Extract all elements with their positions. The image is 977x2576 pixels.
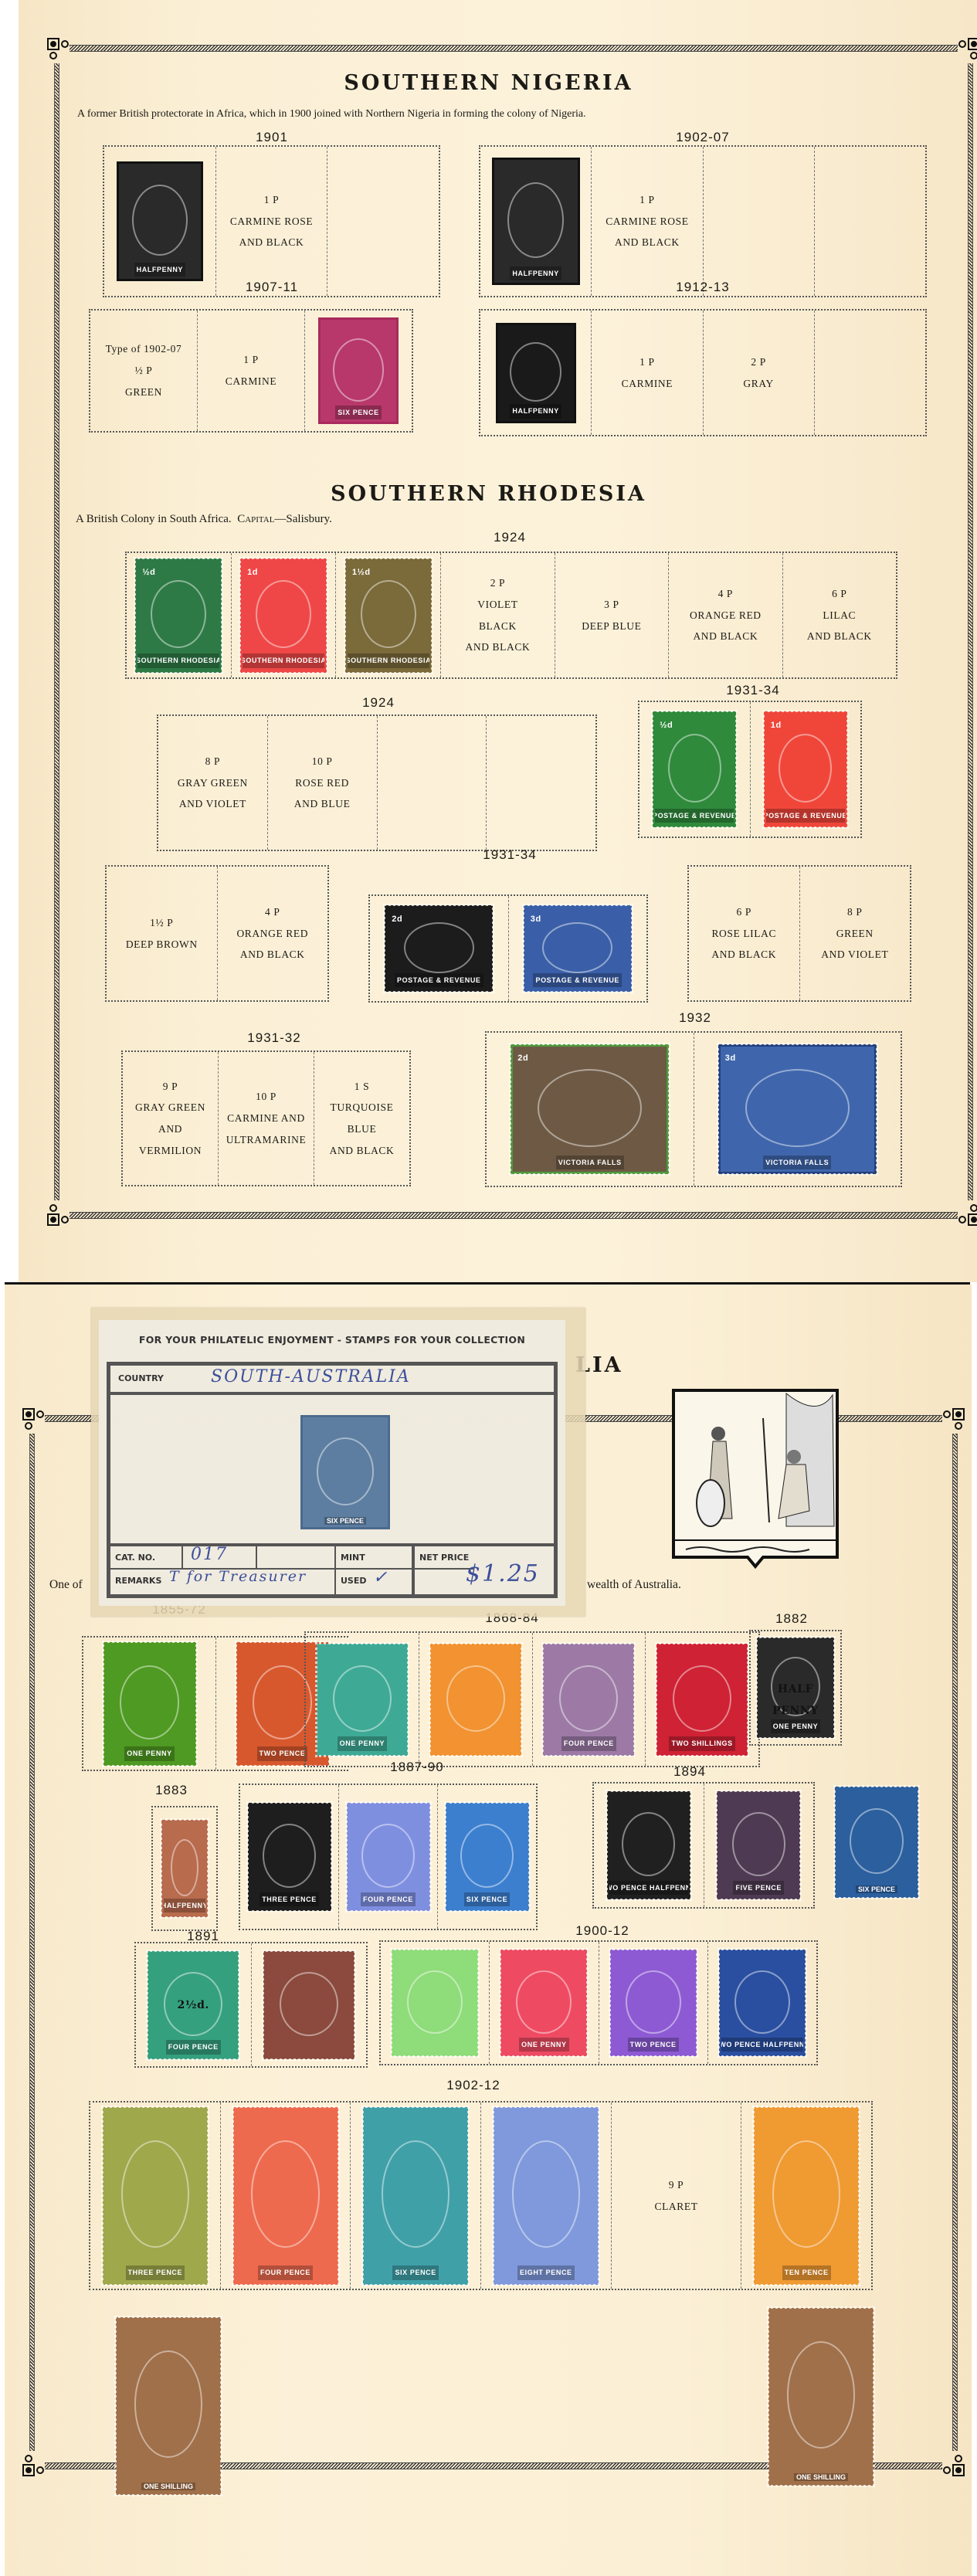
stamp-slot-text: 4 PORANGE REDAND BLACK	[669, 553, 782, 677]
country-value: SOUTH-AUSTRALIA	[211, 1367, 411, 1386]
stamp-set-1907-11: Type of 1902-07½ PGREEN 1 PCARMINE SIX P…	[89, 309, 413, 433]
stamp[interactable]: ½dPOSTAGE & REVENUE	[653, 711, 736, 827]
stamp-slot[interactable]: FOUR PENCE	[339, 1785, 438, 1929]
mint-label: MINT	[341, 1553, 365, 1563]
stamp-slot-empty[interactable]	[815, 147, 925, 296]
stamp-set-1912-13: HALFPENNY 1 PCARMINE 2 PGRAY	[479, 309, 927, 436]
year-label: 1902-12	[419, 2078, 528, 2093]
net-price-value: $1.25	[466, 1560, 540, 1587]
stamp-slot-text: 1½ PDEEP BROWN	[107, 867, 218, 1000]
stamp[interactable]: HALFPENNY	[496, 323, 576, 423]
corner-ornament-icon	[955, 37, 977, 63]
year-label: 1912-13	[649, 280, 757, 295]
stamp[interactable]: ONE SHILLING	[116, 2317, 221, 2495]
stamp-set-1924-a: ½dSOUTHERN RHODESIA1dSOUTHERN RHODESIA1½…	[125, 552, 897, 679]
envelope-details: CAT. NO. 017 MINT REMARKS T for Treasure…	[110, 1543, 554, 1594]
stamp-slot-text: 9 PGRAY GREENANDVERMILION	[123, 1052, 219, 1185]
description-southern-nigeria: A former British protectorate in Africa,…	[77, 108, 586, 120]
stamp[interactable]: ½dSOUTHERN RHODESIA	[135, 558, 222, 673]
stamp-set-1883: HALFPENNY	[151, 1806, 218, 1931]
stamp-slot-text: 6 PLILACAND BLACK	[783, 553, 896, 677]
stamp-set-1901: HALFPENNY 1 PCARMINE ROSEAND BLACK	[103, 145, 440, 297]
net-price-label: NET PRICE	[419, 1553, 469, 1563]
stamp[interactable]: ONE SHILLING	[768, 2308, 874, 2486]
stamp-slot-text: 8 PGRAY GREENAND VIOLET	[158, 716, 268, 850]
stamp-slot-text: Type of 1902-07½ PGREEN	[90, 311, 198, 431]
year-label: 1900-12	[548, 1923, 656, 1939]
stamp-set-1931-34-a: ½dPOSTAGE & REVENUE1dPOSTAGE & REVENUE	[638, 701, 862, 838]
stamp[interactable]	[263, 1951, 355, 2059]
cat-no-value: 017	[191, 1545, 228, 1564]
stamp-set-1931-34-middle: 2dPOSTAGE & REVENUE3dPOSTAGE & REVENUE	[368, 894, 648, 1003]
stamp-slot[interactable]: ONE PENNY	[306, 1633, 419, 1766]
stamp-slot-text: 1 PCARMINE	[198, 311, 305, 431]
description-fragment-left: One of	[49, 1578, 83, 1592]
stamp-slot[interactable]: 1½dSOUTHERN RHODESIA	[336, 553, 441, 677]
stamp-slot[interactable]: 2½d.FOUR PENCE	[136, 1943, 252, 2066]
stamp[interactable]: TEN PENCE	[754, 2107, 859, 2285]
coat-of-arms-illustration	[670, 1387, 840, 1580]
stamp[interactable]: SIX PENCE	[446, 1803, 529, 1911]
stamp-set-1882: HALF PENNYONE PENNY	[749, 1630, 842, 1746]
stamp-slot[interactable]: ONE PENNY	[490, 1942, 599, 2064]
corner-ornament-icon	[46, 37, 73, 63]
stamp-slot-text: 10 PROSE REDAND BLUE	[268, 716, 378, 850]
stamp-slot[interactable]: HALF PENNYONE PENNY	[751, 1631, 840, 1744]
stamp-in-envelope[interactable]: SIX PENCE	[300, 1415, 390, 1529]
stamp[interactable]: SIX PENCE	[835, 1787, 918, 1898]
stamp-slot[interactable]: ONE PENNY	[83, 1638, 216, 1770]
stamp-slot[interactable]: ½dPOSTAGE & REVENUE	[639, 702, 751, 837]
stamp-slot[interactable]: HALFPENNY	[480, 311, 592, 435]
stamp-slot[interactable]: HALFPENNY	[153, 1807, 216, 1929]
stamp[interactable]: THREE PENCE	[103, 2107, 208, 2285]
stamp[interactable]: FIVE PENCE	[717, 1791, 800, 1899]
page-title-southern-nigeria: SOUTHERN NIGERIA	[0, 71, 977, 95]
stamp-set-1868-84: ONE PENNYFOUR PENCETWO SHILLINGS	[304, 1631, 760, 1767]
stamp-set-1931-32: 9 PGRAY GREENANDVERMILION10 PCARMINE AND…	[121, 1050, 411, 1186]
stamp-slot[interactable]: TWO PENCE HALFPENNY	[594, 1784, 704, 1907]
stamp[interactable]	[392, 1950, 478, 2056]
stamp[interactable]: 3dVICTORIA FALLS	[718, 1044, 877, 1174]
stamp[interactable]: SIX PENCE	[318, 317, 399, 424]
country-label: COUNTRY	[118, 1373, 164, 1383]
stamp-slot[interactable]	[252, 1943, 367, 2066]
stamp[interactable]: TWO PENCE	[610, 1950, 697, 2056]
stamp[interactable]: ONE PENNY	[103, 1642, 196, 1766]
year-label: 1932	[641, 1010, 749, 1026]
stamp[interactable]: HALFPENNY	[117, 161, 203, 281]
stamp-slot-text: 10 PCARMINE ANDULTRAMARINE	[219, 1052, 314, 1185]
stamp-set-1887-90: THREE PENCEFOUR PENCESIX PENCE	[239, 1784, 538, 1930]
year-label: 1924	[324, 695, 433, 711]
stamp-slot[interactable]: 3dPOSTAGE & REVENUE	[509, 896, 647, 1001]
year-label: 1901	[218, 130, 326, 145]
stamp-set-1932: 2dVICTORIA FALLS3dVICTORIA FALLS	[485, 1031, 902, 1187]
stamp-slot[interactable]: 2dVICTORIA FALLS	[487, 1033, 694, 1186]
description-southern-rhodesia: A British Colony in South Africa. Capita…	[76, 513, 332, 526]
stamp-slot[interactable]: SIX PENCE	[438, 1785, 536, 1929]
corner-ornament-icon	[939, 1407, 965, 1434]
stamp[interactable]: 3dPOSTAGE & REVENUE	[524, 905, 632, 992]
stamp-slot[interactable]	[419, 1633, 533, 1766]
stamp-slot-empty[interactable]	[487, 716, 595, 850]
year-label: 1882	[738, 1611, 846, 1627]
year-label: 1902-07	[649, 130, 757, 145]
stamp-slot[interactable]: 1dSOUTHERN RHODESIA	[232, 553, 337, 677]
stamp-slot[interactable]: TWO PENCE HALFPENNY	[708, 1942, 816, 2064]
used-check: ✓	[373, 1568, 388, 1587]
stamp[interactable]: FOUR PENCE	[233, 2107, 338, 2285]
stamp-slot[interactable]: TWO PENCE	[599, 1942, 708, 2064]
stamp-slot-text: 1 PCARMINE ROSEAND BLACK	[216, 147, 328, 296]
stamp[interactable]: 1½dSOUTHERN RHODESIA	[345, 558, 432, 673]
stamp-slot[interactable]: THREE PENCE	[90, 2103, 221, 2289]
year-label: 1931-34	[456, 847, 564, 863]
year-label: 1887-90	[363, 1760, 471, 1775]
stamp-set-1931-34-left: 1½ PDEEP BROWN4 PORANGE REDAND BLACK	[105, 865, 329, 1002]
stamp-slot[interactable]: FOUR PENCE	[221, 2103, 351, 2289]
year-label: 1924	[456, 530, 564, 545]
glassine-envelope[interactable]: FOR YOUR PHILATELIC ENJOYMENT - STAMPS F…	[91, 1308, 585, 1617]
stamp-set-1902-12: THREE PENCEFOUR PENCESIX PENCEEIGHT PENC…	[89, 2101, 873, 2290]
stamp-slot[interactable]: ½dSOUTHERN RHODESIA	[127, 553, 232, 677]
stamp-set-1891: 2½d.FOUR PENCE	[134, 1942, 368, 2068]
stamp-slot[interactable]: HALFPENNY	[480, 147, 592, 296]
corner-ornament-icon	[22, 2451, 48, 2477]
corner-ornament-icon	[22, 1407, 48, 1434]
stamp-slot[interactable]: 1dPOSTAGE & REVENUE	[751, 702, 861, 837]
stamp[interactable]: HALFPENNY	[161, 1820, 208, 1917]
remarks-label: REMARKS	[115, 1576, 161, 1586]
corner-ornament-icon	[46, 1200, 73, 1227]
stamp-slot-text: 1 PCARMINE ROSEAND BLACK	[592, 147, 703, 296]
stamp-slot[interactable]: SIX PENCE	[351, 2103, 481, 2289]
stamp-slot-text: 8 PGREENAND VIOLET	[800, 867, 911, 1000]
stamp-slot[interactable]: SIX PENCE	[305, 311, 412, 431]
stamp-slot-text: 9 PCLARET	[612, 2103, 742, 2289]
envelope-form: COUNTRY SOUTH-AUSTRALIA SIX PENCE CAT. N…	[107, 1362, 558, 1598]
stamp-slot-text: 1 PCARMINE	[592, 311, 703, 435]
cat-no-label: CAT. NO.	[115, 1553, 155, 1563]
stamp-slot-empty[interactable]	[704, 147, 815, 296]
page-title-southern-rhodesia: SOUTHERN RHODESIA	[0, 482, 977, 506]
stamp-slot[interactable]: 3dVICTORIA FALLS	[694, 1033, 901, 1186]
stamp-slot[interactable]: FIVE PENCE	[704, 1784, 814, 1907]
stamp-slot[interactable]: FOUR PENCE	[533, 1633, 646, 1766]
stamp[interactable]: ONE PENNY	[500, 1950, 587, 2056]
stamp-slot[interactable]	[381, 1942, 490, 2064]
envelope-header: FOR YOUR PHILATELIC ENJOYMENT - STAMPS F…	[99, 1334, 565, 1346]
stamp-slot-empty[interactable]	[327, 147, 439, 296]
year-label: 1931-34	[699, 683, 807, 698]
stamp[interactable]: 1dPOSTAGE & REVENUE	[764, 711, 847, 827]
year-label: 1883	[117, 1783, 226, 1798]
stamp-slot[interactable]: TEN PENCE	[741, 2103, 871, 2289]
stamp-slot-text: 2 PGRAY	[704, 311, 815, 435]
stamp[interactable]: SIX PENCE	[363, 2107, 468, 2285]
stamp-slot-text: 1 STURQUOISEBLUEAND BLACK	[314, 1052, 409, 1185]
stamp[interactable]: FOUR PENCE	[543, 1644, 634, 1756]
stamp-slot-empty[interactable]	[815, 311, 925, 435]
stamp[interactable]: HALFPENNY	[492, 158, 580, 285]
stamp-slot[interactable]: THREE PENCE	[240, 1785, 339, 1929]
stamp-slot-text: 2 PVIOLETBLACKAND BLACK	[441, 553, 555, 677]
used-label: USED	[341, 1576, 367, 1586]
stamp-slot-text: 3 PDEEP BLUE	[555, 553, 669, 677]
stamp-set-1931-34-right: 6 PROSE LILACAND BLACK8 PGREENAND VIOLET	[687, 865, 911, 1002]
stamp[interactable]	[430, 1644, 521, 1756]
year-label: 1931-32	[220, 1030, 328, 1046]
country-row: COUNTRY SOUTH-AUSTRALIA	[110, 1366, 554, 1395]
stamp[interactable]: FOUR PENCE	[347, 1803, 430, 1911]
stamp-slot[interactable]: EIGHT PENCE	[481, 2103, 612, 2289]
stamp-set-1894: TWO PENCE HALFPENNYFIVE PENCE	[592, 1782, 815, 1909]
stamp-slot-empty[interactable]	[378, 716, 487, 850]
stamp-slot-text: 6 PROSE LILACAND BLACK	[689, 867, 800, 1000]
stamp[interactable]: TWO PENCE HALFPENNY	[607, 1791, 690, 1899]
stamp-set-1902-07: HALFPENNY 1 PCARMINE ROSEAND BLACK	[479, 145, 927, 297]
stamp[interactable]: 2dVICTORIA FALLS	[511, 1044, 669, 1174]
stamp-slot-text: 4 PORANGE REDAND BLACK	[218, 867, 328, 1000]
stamp[interactable]: ONE PENNY	[317, 1644, 408, 1756]
corner-ornament-icon	[939, 2451, 965, 2477]
stamp[interactable]: 2dPOSTAGE & REVENUE	[385, 905, 493, 992]
stamp-slot[interactable]: 2dPOSTAGE & REVENUE	[370, 896, 509, 1001]
stamp[interactable]: 2½d.FOUR PENCE	[148, 1951, 239, 2059]
stamp[interactable]: TWO PENCE HALFPENNY	[719, 1950, 806, 2056]
year-label: 1894	[636, 1764, 744, 1780]
stamp[interactable]: HALF PENNYONE PENNY	[757, 1638, 834, 1738]
stamp[interactable]: 1dSOUTHERN RHODESIA	[240, 558, 327, 673]
remarks-value: T for Treasurer	[169, 1568, 307, 1585]
year-label: 1907-11	[218, 280, 326, 295]
stamp[interactable]: EIGHT PENCE	[494, 2107, 599, 2285]
stamp-set-1924-b: 8 PGRAY GREENAND VIOLET10 PROSE REDAND B…	[157, 714, 597, 851]
description-fragment-right: wealth of Australia.	[587, 1578, 681, 1592]
stamp-set-1900-12: ONE PENNYTWO PENCETWO PENCE HALFPENNY	[379, 1940, 818, 2065]
stamp-slot[interactable]: TWO SHILLINGS	[646, 1633, 758, 1766]
stamp-slot[interactable]: HALFPENNY	[104, 147, 216, 296]
stamp[interactable]: TWO SHILLINGS	[656, 1644, 748, 1756]
stamp[interactable]: THREE PENCE	[248, 1803, 331, 1911]
corner-ornament-icon	[955, 1200, 977, 1227]
